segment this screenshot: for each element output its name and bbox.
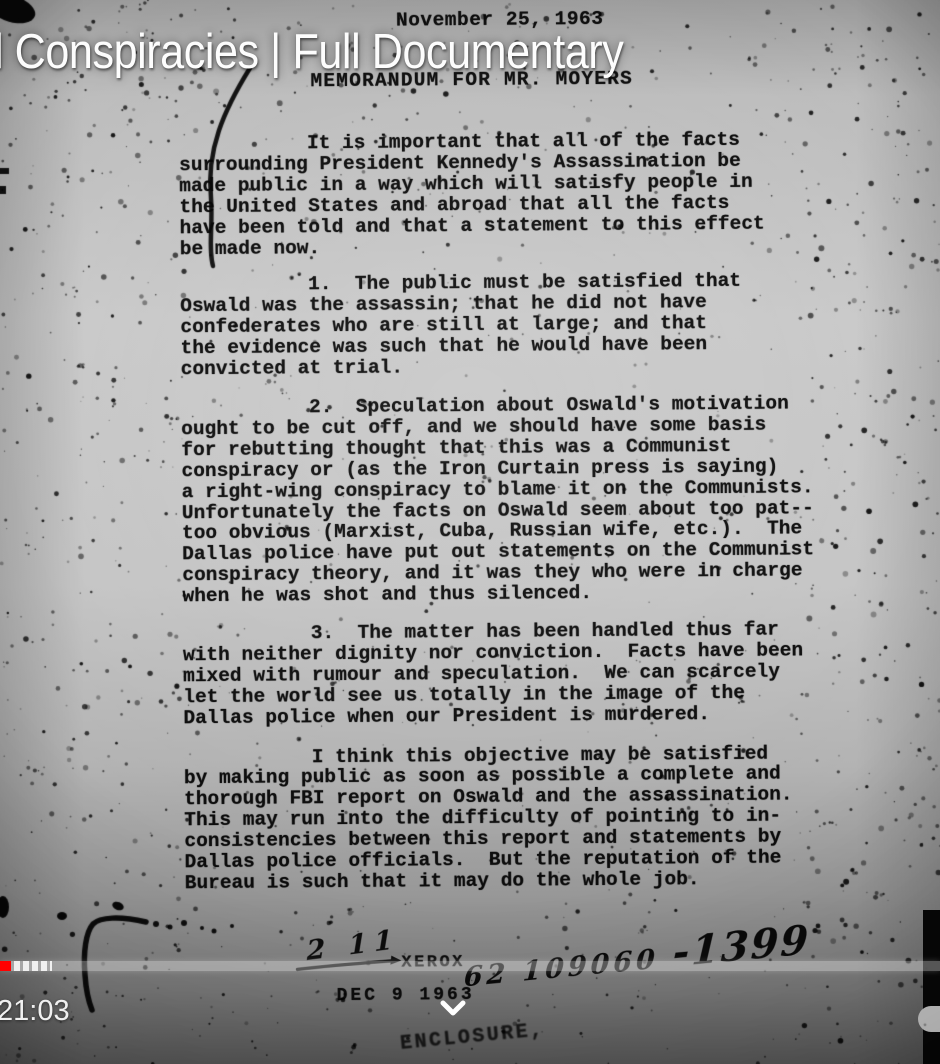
memo-paragraph: 3. The matter has been handled thus far …	[183, 619, 836, 729]
video-progress-played	[0, 961, 11, 971]
memo-paragraph: It is important that all of the facts su…	[179, 129, 832, 260]
video-progress-bar[interactable]	[0, 961, 940, 971]
memo-paragraph: 1. The public must be satisfied that Osw…	[180, 271, 833, 381]
memo-body: It is important that all of the facts su…	[179, 129, 837, 894]
scan-edge-black-band	[923, 910, 940, 1064]
video-title-overlay[interactable]: l Conspiracies | Full Documentary	[0, 24, 623, 80]
video-player-frame: November 25, 1963 MEMORANDUM FOR MR. MOY…	[0, 0, 940, 1064]
enclosure-stamp: ENCLOSURE,	[399, 1019, 546, 1056]
fbi-file-number: 62 109060 -1399	[463, 916, 811, 996]
chevron-down-icon[interactable]	[440, 1000, 466, 1018]
memo-paragraph: 2. Speculation about Oswald's motivation…	[181, 393, 835, 607]
video-timestamp: 21:03	[0, 995, 70, 1028]
video-progress-buffered-chunk	[11, 961, 52, 971]
right-edge-ui-fragment	[918, 1006, 940, 1032]
memo-document: November 25, 1963 MEMORANDUM FOR MR. MOY…	[0, 0, 940, 1064]
memo-paragraph: I think this objective may be satisfied …	[184, 743, 837, 894]
